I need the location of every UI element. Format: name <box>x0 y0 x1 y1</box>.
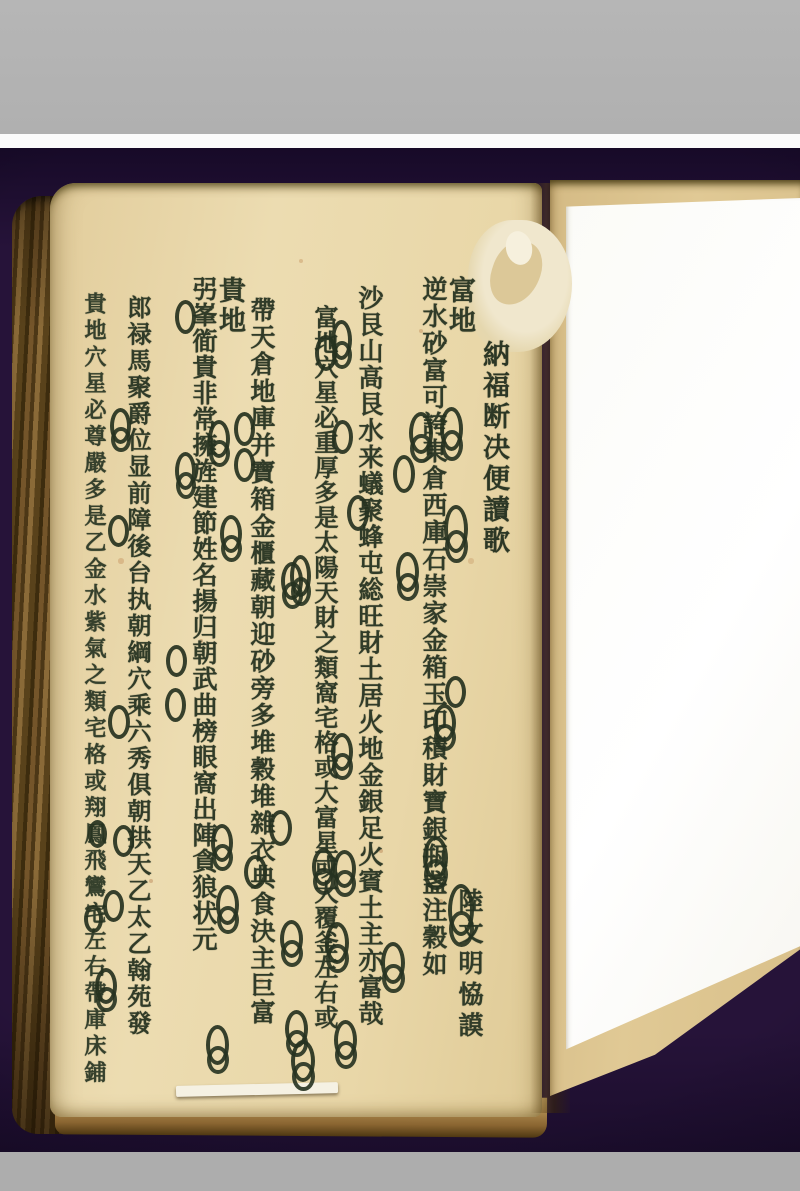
photo-frame-white-strip <box>0 134 800 148</box>
manuscript-title: 納福断决便讀歌 <box>480 340 507 557</box>
text-column-1: 富地逆水砂富可誇東倉西庫石崇家金箱玉印積財寶銀瓶盏注穀如 <box>421 276 473 978</box>
text-column-5: 貴地弜峯衜貴非常擁旌建節姓名揚归朝武曲榜眼窩出陣貪狼状元 <box>191 276 243 952</box>
text-column-6: 郎禄馬聚爵位显前障後台执朝綱穴乘六秀俱朝拱天乙太乙翰苑發 <box>125 295 149 1037</box>
column-body: 弜峯衜貴非常擁旌建節姓名揚归朝武曲榜眼窩出陣貪狼状元 <box>189 276 218 952</box>
paper-speckles <box>0 0 2 2</box>
column-heading-noble-land: 貴地 <box>216 276 243 926</box>
blank-white-sheet <box>566 198 800 1058</box>
text-column-7: 貴地穴星必尊嚴多是乙金水紫氣之類宅格或翔鳳飛鸞宅左右帶庫床鋪 <box>82 292 104 1087</box>
manuscript-photo: 納福断决便讀歌 富地逆水砂富可誇東倉西庫石崇家金箱玉印積財寶銀瓶盏注穀如 沙艮山… <box>0 0 800 1191</box>
column-heading-rich-land: 富地 <box>446 276 473 964</box>
text-column-2: 沙艮山高艮水来蟻聚蜂屯総旺財土居火地金銀足火賓土主亦富哉 <box>357 285 382 1027</box>
text-column-4: 帶天倉地庫并寶箱金櫃藏朝迎砂旁多堆穀堆雜衣典食決主巨富 <box>249 297 274 1026</box>
column-body: 逆水砂富可誇東倉西庫石崇家金箱玉印積財寶銀瓶盏注穀如 <box>419 276 448 978</box>
text-column-3: 富地穴星必重厚多是太陽天財之類窩宅格或大富星或大覆釜左右或 <box>312 305 336 1030</box>
photo-frame-bottom <box>0 1152 800 1191</box>
photo-frame-top <box>0 0 800 134</box>
author-signature: 陸文明恊謨 <box>457 888 482 1043</box>
